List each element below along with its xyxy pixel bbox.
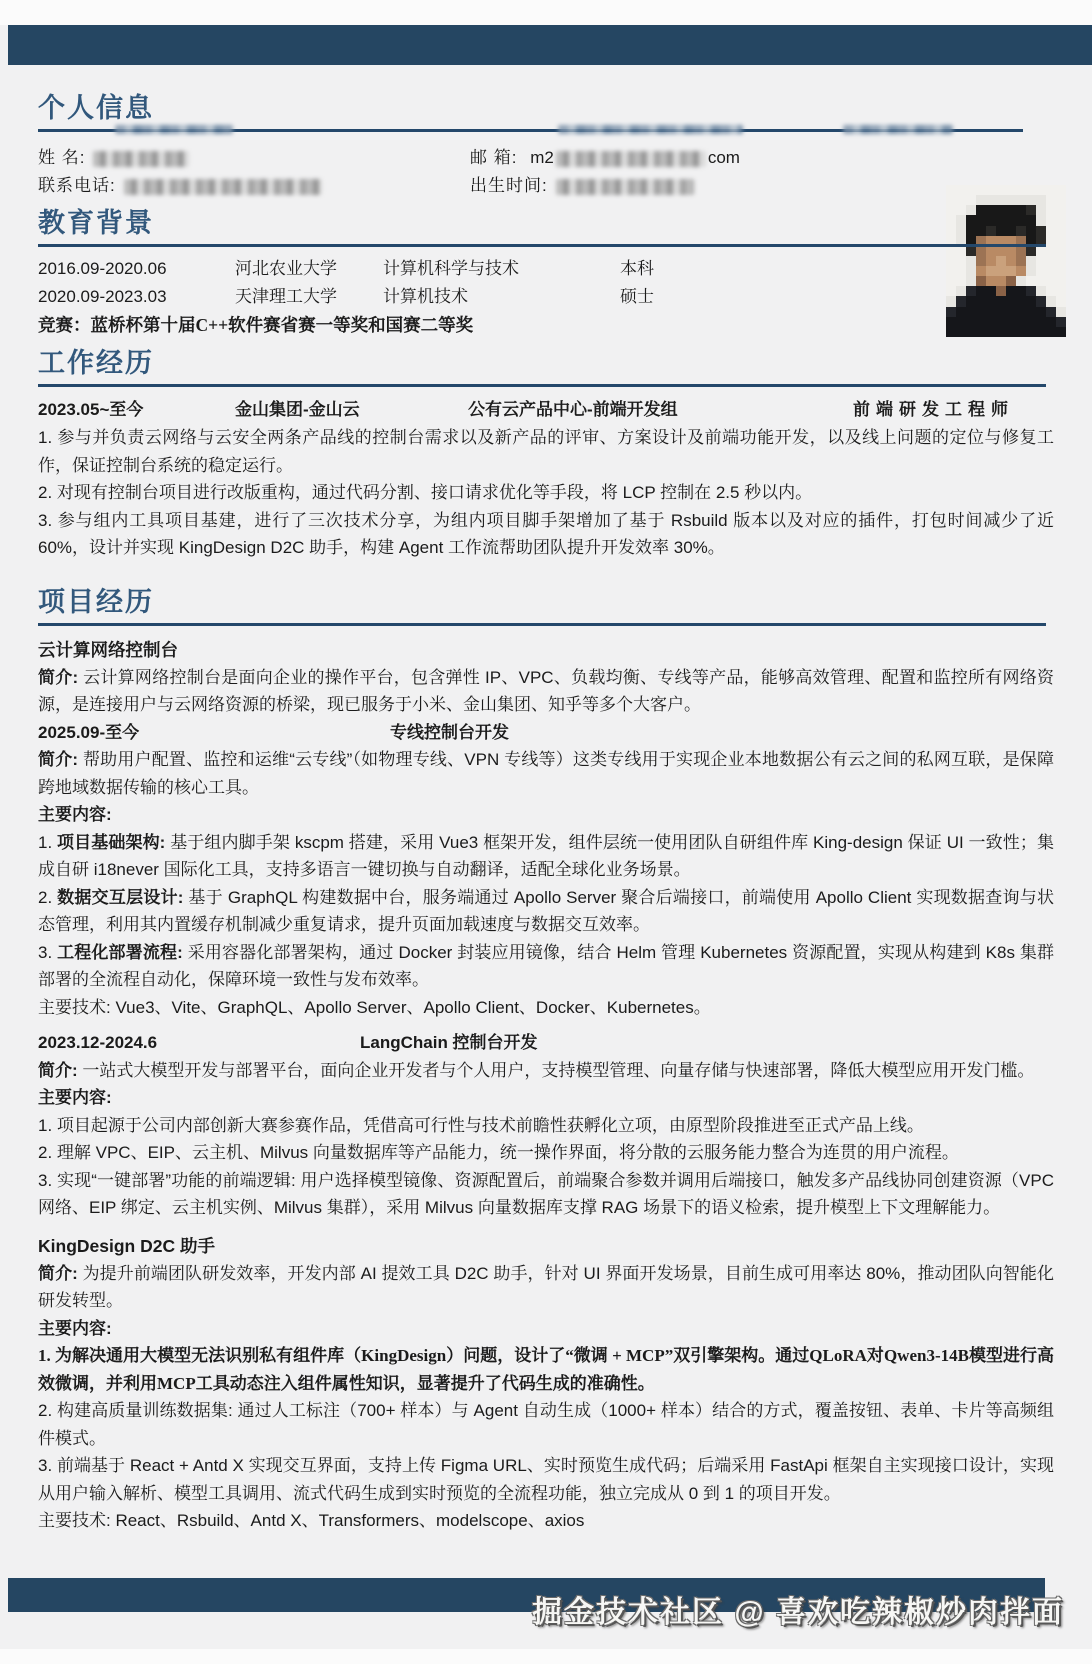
- work-company: 金山集团-金山云: [235, 396, 468, 424]
- item-text: 采用容器化部署架构，通过 Docker 封装应用镜像，结合 Helm 管理 Ku…: [38, 943, 1054, 990]
- project-name: 云计算网络控制台: [38, 636, 1054, 664]
- award-label: 竞赛：: [38, 315, 91, 335]
- tech-line: 主要技术: React、Rsbuild、Antd X、Transformers、…: [38, 1507, 1054, 1535]
- sub-title: LangChain 控制台开发: [360, 1029, 538, 1057]
- edu-degree: 本科: [620, 255, 654, 283]
- item-lead: 工程化部署流程:: [57, 943, 183, 962]
- work-header-row: 2023.05~至今 金山集团-金山云 公有云产品中心-前端开发组 前端研发工程…: [38, 396, 1054, 424]
- email-redacted: [556, 151, 706, 167]
- page-top-margin: [0, 0, 1092, 25]
- section-title-personal: 个人信息: [38, 92, 1054, 125]
- item-text: 基于 GraphQL 构建数据中台，服务端通过 Apollo Server 聚合…: [38, 888, 1054, 935]
- section-title-education: 教育背景: [38, 207, 1054, 240]
- work-rule: [38, 384, 1046, 387]
- project-item: 3. 实现“一键部署”功能的前端逻辑: 用户选择模型镜像、资源配置后，前端聚合参…: [38, 1167, 1054, 1222]
- project-intro: 简介: 帮助用户配置、监控和运维“云专线”（如物理专线、VPN 专线等）这类专线…: [38, 746, 1054, 801]
- personal-rule: [38, 129, 1023, 132]
- intro-text: 帮助用户配置、监控和运维“云专线”（如物理专线、VPN 专线等）这类专线用于实现…: [38, 750, 1054, 797]
- top-banner: [8, 25, 1092, 65]
- education-rows: 2016.09-2020.06 河北农业大学 计算机科学与技术 本科 2020.…: [38, 255, 1054, 339]
- intro-label: 简介:: [38, 750, 78, 769]
- project-item: 2. 数据交互层设计: 基于 GraphQL 构建数据中台，服务端通过 Apol…: [38, 884, 1054, 939]
- email-field: 邮 箱: m2com: [470, 144, 1054, 172]
- intro-label: 简介:: [38, 1264, 78, 1283]
- intro-label: 简介:: [38, 668, 78, 687]
- work-bullet: 3. 参与组内工具项目基建，进行了三次技术分享，为组内项目脚手架增加了基于 Rs…: [38, 507, 1054, 562]
- award-text: 蓝桥杯第十届C++软件赛省赛一等奖和国赛二等奖: [91, 315, 474, 335]
- work-bullet: 1. 参与并负责云网络与云安全两条产品线的控制台需求以及新产品的评审、方案设计及…: [38, 424, 1054, 479]
- email-label: 邮 箱:: [470, 148, 517, 167]
- project-intro: 简介: 为提升前端团队研发效率，开发内部 AI 提效工具 D2C 助手，针对 U…: [38, 1260, 1054, 1315]
- work-department: 公有云产品中心-前端开发组: [468, 396, 853, 424]
- project-item: 1. 为解决通用大模型无法识别私有组件库（KingDesign）问题，设计了“微…: [38, 1342, 1054, 1397]
- work-role: 前端研发工程师: [853, 396, 1014, 424]
- project-subheader-row: 2023.12-2024.6 LangChain 控制台开发: [38, 1029, 1054, 1057]
- edu-period: 2016.09-2020.06: [38, 255, 235, 283]
- intro-text: 云计算网络控制台是面向企业的操作平台，包含弹性 IP、VPC、负载均衡、专线等产…: [38, 668, 1054, 715]
- work-period: 2023.05~至今: [38, 396, 235, 424]
- intro-label: 简介:: [38, 1061, 78, 1080]
- edu-period: 2020.09-2023.03: [38, 283, 235, 311]
- email-suffix: com: [708, 148, 740, 167]
- content-label: 主要内容:: [38, 1084, 1054, 1112]
- phone-redacted: [124, 179, 322, 195]
- project-item: 2. 构建高质量训练数据集: 通过人工标注（700+ 样本）与 Agent 自动…: [38, 1397, 1054, 1452]
- sub-title: 专线控制台开发: [390, 719, 509, 747]
- award-line: 竞赛：蓝桥杯第十届C++软件赛省赛一等奖和国赛二等奖: [38, 311, 1054, 339]
- personal-fields: 姓 名: 邮 箱: m2com 联系电话: 出生时间:: [38, 144, 1054, 200]
- watermark: 掘金技术社区 @ 喜欢吃辣椒炒肉拌面: [532, 1587, 1064, 1631]
- edu-school: 河北农业大学: [235, 255, 383, 283]
- content-label: 主要内容:: [38, 1315, 1054, 1343]
- edu-school: 天津理工大学: [235, 283, 383, 311]
- project-intro: 简介: 云计算网络控制台是面向企业的操作平台，包含弹性 IP、VPC、负载均衡、…: [38, 664, 1054, 719]
- item-num: 1.: [38, 833, 57, 852]
- redaction-artifact: [558, 125, 743, 134]
- phone-label: 联系电话:: [38, 176, 116, 195]
- item-text: 基于组内脚手架 kscpm 搭建，采用 Vue3 框架开发，组件层统一使用团队自…: [38, 833, 1054, 880]
- name-label: 姓 名:: [38, 148, 85, 167]
- phone-field: 联系电话:: [38, 172, 470, 200]
- item-lead: 项目基础架构:: [57, 833, 165, 852]
- item-num: 3.: [38, 943, 57, 962]
- birth-label: 出生时间:: [470, 176, 548, 195]
- item-num: 2.: [38, 888, 57, 907]
- project-item: 3. 前端基于 React + Antd X 实现交互界面，支持上传 Figma…: [38, 1452, 1054, 1507]
- edu-major: 计算机科学与技术: [383, 255, 620, 283]
- work-bullet: 2. 对现有控制台项目进行改版重构，通过代码分割、接口请求优化等手段，将 LCP…: [38, 479, 1054, 507]
- project-item: 1. 项目起源于公司内部创新大赛参赛作品，凭借高可行性与技术前瞻性获孵化立项，由…: [38, 1112, 1054, 1140]
- edu-degree: 硕士: [620, 283, 654, 311]
- email-prefix: m2: [530, 148, 554, 167]
- projects-rule: [38, 623, 1046, 626]
- edu-major: 计算机技术: [383, 283, 620, 311]
- education-row: 2020.09-2023.03 天津理工大学 计算机技术 硕士: [38, 283, 1054, 311]
- redaction-artifact: [843, 125, 953, 134]
- project-item: 1. 项目基础架构: 基于组内脚手架 kscpm 搭建，采用 Vue3 框架开发…: [38, 829, 1054, 884]
- birth-redacted: [556, 179, 694, 195]
- intro-text: 为提升前端团队研发效率，开发内部 AI 提效工具 D2C 助手，针对 UI 界面…: [38, 1264, 1054, 1311]
- item-lead: 数据交互层设计:: [57, 888, 183, 907]
- project-item: 3. 工程化部署流程: 采用容器化部署架构，通过 Docker 封装应用镜像，结…: [38, 939, 1054, 994]
- sub-period: 2025.09-至今: [38, 719, 390, 747]
- name-redacted: [93, 151, 189, 167]
- tech-line: 主要技术: Vue3、Vite、GraphQL、Apollo Server、Ap…: [38, 994, 1054, 1022]
- project-intro: 简介: 一站式大模型开发与部署平台，面向企业开发者与个人用户，支持模型管理、向量…: [38, 1057, 1054, 1085]
- education-rule: [38, 244, 1046, 247]
- project-name: KingDesign D2C 助手: [38, 1232, 1054, 1260]
- profile-photo: [946, 185, 1066, 337]
- section-title-projects: 项目经历: [38, 586, 1054, 619]
- content-label: 主要内容:: [38, 801, 1054, 829]
- project-item: 2. 理解 VPC、EIP、云主机、Milvus 向量数据库等产品能力，统一操作…: [38, 1139, 1054, 1167]
- name-field: 姓 名:: [38, 144, 470, 172]
- intro-text: 一站式大模型开发与部署平台，面向企业开发者与个人用户，支持模型管理、向量存储与快…: [78, 1061, 1035, 1080]
- education-row: 2016.09-2020.06 河北农业大学 计算机科学与技术 本科: [38, 255, 1054, 283]
- sub-period: 2023.12-2024.6: [38, 1029, 360, 1057]
- section-title-work: 工作经历: [38, 347, 1054, 380]
- project-subheader-row: 2025.09-至今 专线控制台开发: [38, 719, 1054, 747]
- page-bottom-margin: [0, 1649, 1092, 1664]
- redaction-artifact: [115, 125, 233, 134]
